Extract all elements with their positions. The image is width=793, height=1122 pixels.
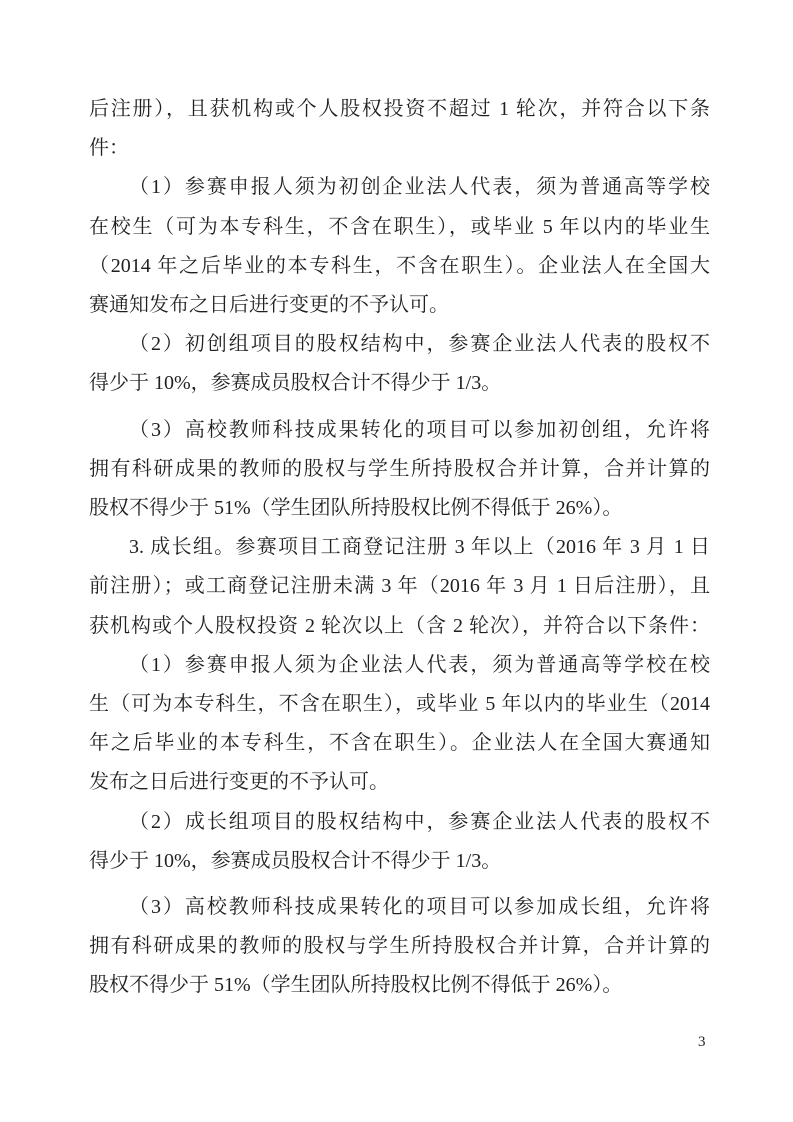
text-line: （2）初创组项目的股权结构中，参赛企业法人代表的股权不 <box>89 325 710 364</box>
paragraph-chengzhang-item3: （3）高校教师科技成果转化的项目可以参加成长组，允许将 拥有科研成果的教师的股权… <box>89 888 710 1006</box>
text-line: （3）高校教师科技成果转化的项目可以参加成长组，允许将 <box>89 888 710 927</box>
page-number: 3 <box>698 1032 706 1052</box>
document-page: 后注册），且获机构或个人股权投资不超过 1 轮次，并符合以下条 件： （1）参赛… <box>0 0 793 1122</box>
text-line: 股权不得少于 51%（学生团队所持股权比例不得低于 26%）。 <box>89 489 710 528</box>
text-line: （2）成长组项目的股权结构中，参赛企业法人代表的股权不 <box>89 803 710 842</box>
text-line: 得少于 10%，参赛成员股权合计不得少于 1/3。 <box>89 364 710 403</box>
paragraph-chengzhang-intro: 3. 成长组。参赛项目工商登记注册 3 年以上（2016 年 3 月 1 日 前… <box>89 528 710 646</box>
text-line: 赛通知发布之日后进行变更的不予认可。 <box>89 286 710 325</box>
text-line: （1）参赛申报人须为初创企业法人代表，须为普通高等学校 <box>89 168 710 207</box>
text-line: 股权不得少于 51%（学生团队所持股权比例不得低于 26%）。 <box>89 966 710 1005</box>
text-line: 得少于 10%，参赛成员股权合计不得少于 1/3。 <box>89 842 710 881</box>
paragraph-chuchuang-item1: （1）参赛申报人须为初创企业法人代表，须为普通高等学校 在校生（可为本专科生，不… <box>89 168 710 325</box>
paragraph-chuchuang-item3: （3）高校教师科技成果转化的项目可以参加初创组，允许将 拥有科研成果的教师的股权… <box>89 411 710 529</box>
paragraph-chengzhang-item2: （2）成长组项目的股权结构中，参赛企业法人代表的股权不 得少于 10%，参赛成员… <box>89 803 710 881</box>
paragraph-chuchuang-item2: （2）初创组项目的股权结构中，参赛企业法人代表的股权不 得少于 10%，参赛成员… <box>89 325 710 403</box>
text-line: 年之后毕业的本专科生，不含在职生）。企业法人在全国大赛通知 <box>89 724 710 763</box>
page-body-text: 后注册），且获机构或个人股权投资不超过 1 轮次，并符合以下条 件： （1）参赛… <box>89 90 710 1006</box>
paragraph-continuation: 后注册），且获机构或个人股权投资不超过 1 轮次，并符合以下条 件： <box>89 90 710 168</box>
text-line: （3）高校教师科技成果转化的项目可以参加初创组，允许将 <box>89 411 710 450</box>
text-line: （1）参赛申报人须为企业法人代表，须为普通高等学校在校 <box>89 646 710 685</box>
text-line: 3. 成长组。参赛项目工商登记注册 3 年以上（2016 年 3 月 1 日 <box>89 528 710 567</box>
text-line: 后注册），且获机构或个人股权投资不超过 1 轮次，并符合以下条 <box>89 90 710 129</box>
text-line: 生（可为本专科生，不含在职生），或毕业 5 年以内的毕业生（2014 <box>89 685 710 724</box>
text-line: 获机构或个人股权投资 2 轮次以上（含 2 轮次），并符合以下条件： <box>89 607 710 646</box>
text-line: 在校生（可为本专科生，不含在职生），或毕业 5 年以内的毕业生 <box>89 208 710 247</box>
text-line: 拥有科研成果的教师的股权与学生所持股权合并计算，合并计算的 <box>89 927 710 966</box>
text-line: 发布之日后进行变更的不予认可。 <box>89 763 710 802</box>
text-line: 件： <box>89 129 710 168</box>
text-line: （2014 年之后毕业的本专科生，不含在职生）。企业法人在全国大 <box>89 247 710 286</box>
paragraph-chengzhang-item1: （1）参赛申报人须为企业法人代表，须为普通高等学校在校 生（可为本专科生，不含在… <box>89 646 710 803</box>
text-line: 前注册）；或工商登记注册未满 3 年（2016 年 3 月 1 日后注册），且 <box>89 567 710 606</box>
text-line: 拥有科研成果的教师的股权与学生所持股权合并计算，合并计算的 <box>89 450 710 489</box>
